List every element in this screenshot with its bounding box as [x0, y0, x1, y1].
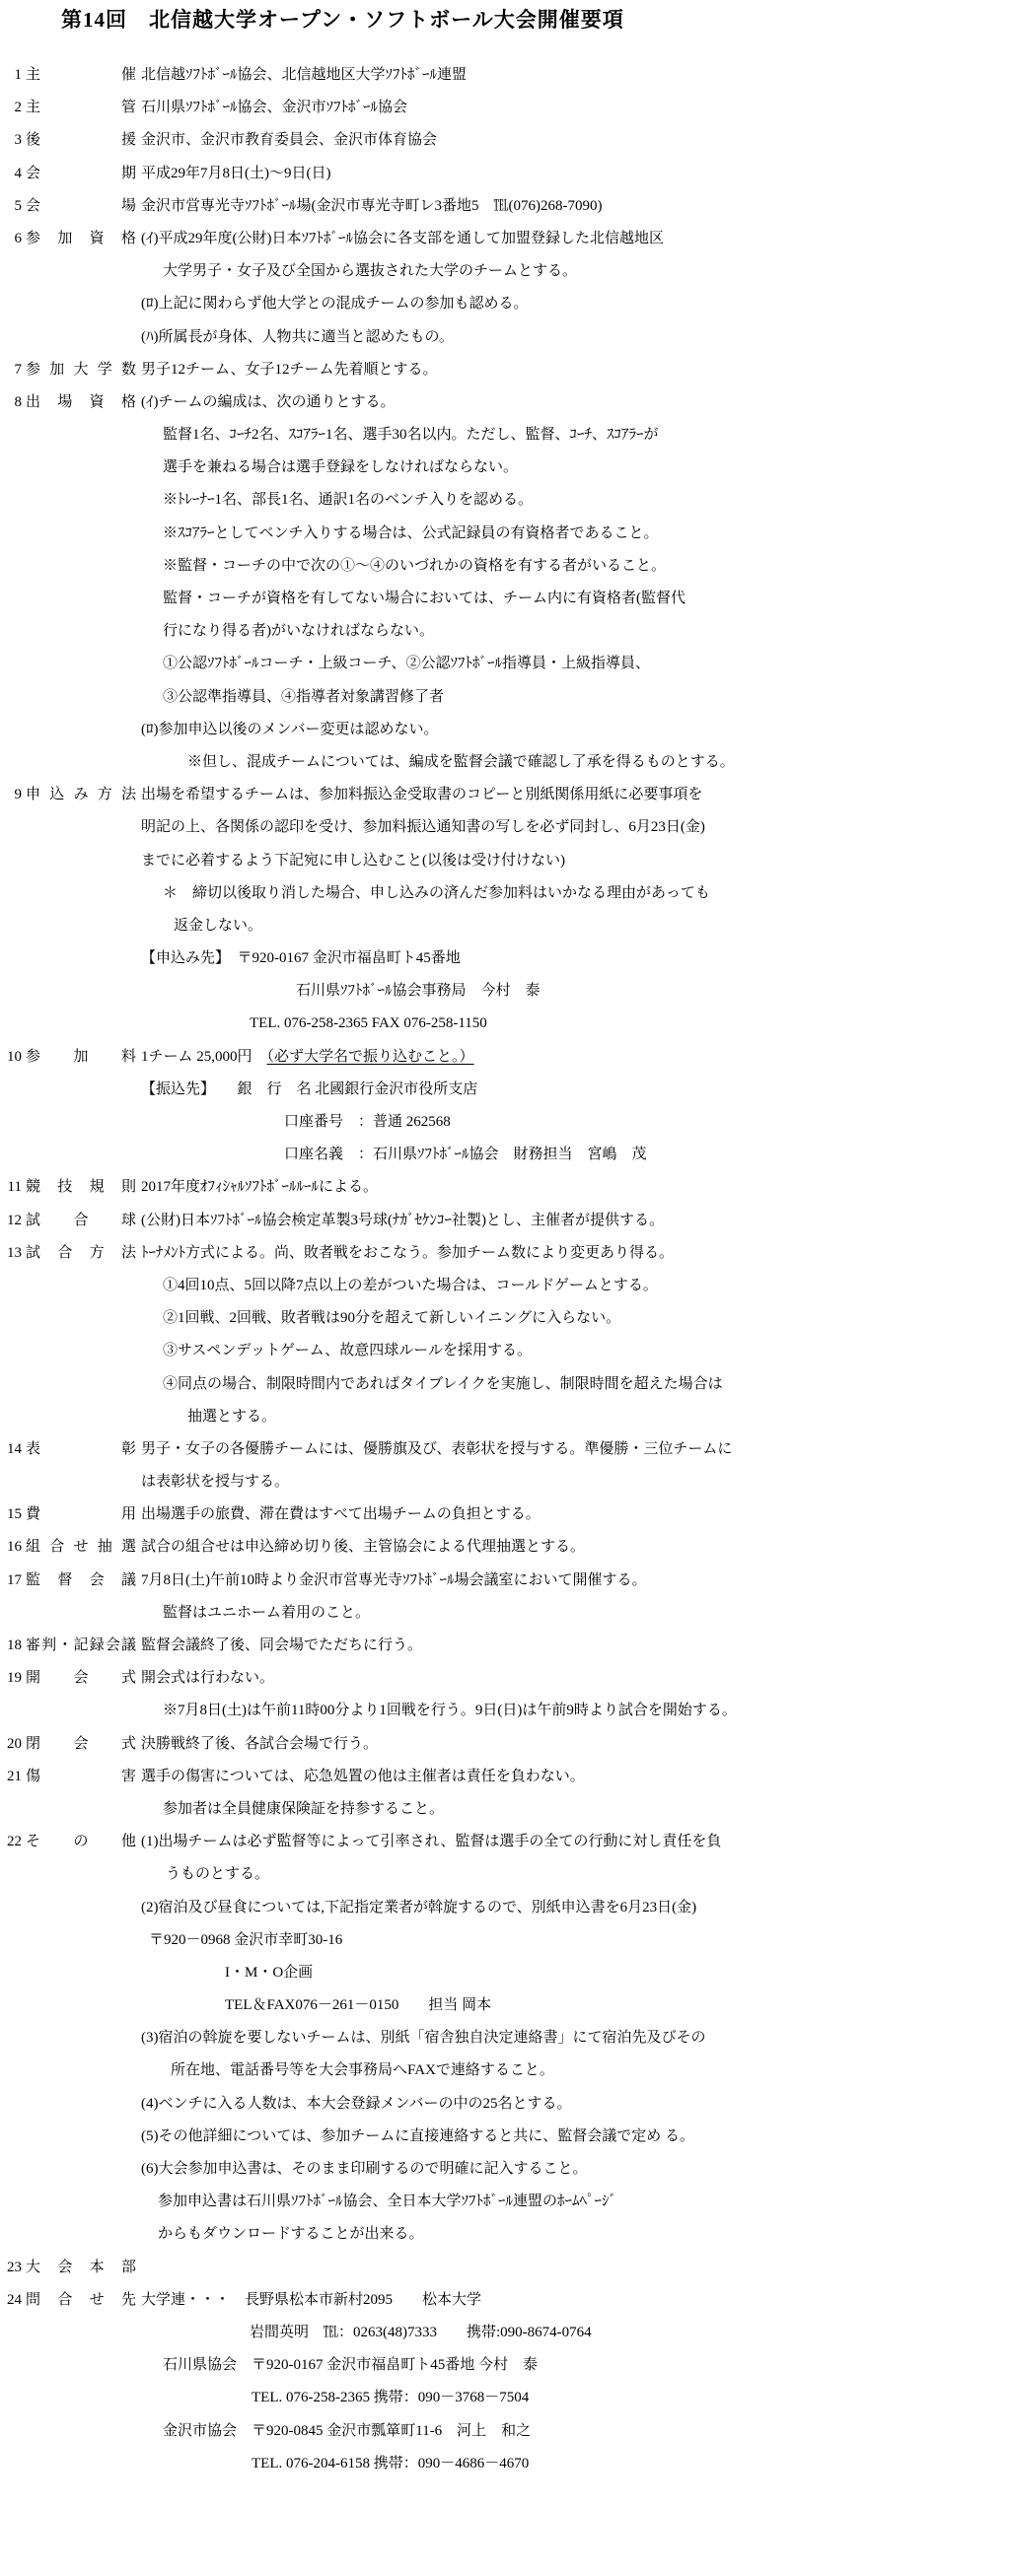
line-text-main: TEL. 076-258-2365 FAX 076-258-1150	[250, 1015, 487, 1031]
doc-line: ③サスペンデットゲーム、故意四球ルールを採用する。	[0, 1335, 1010, 1367]
line-text-main: 出場を希望するチームは、参加料振込金受取書のコピーと別紙関係用紙に必要事項を	[141, 787, 702, 802]
line-text-main: 口座名義 ：石川県ｿﾌﾄﾎﾞｰﾙ協会 財務担当 宮嶋 茂	[284, 1147, 647, 1162]
doc-line: 11競技規則2017年度ｵﾌｨｼｬﾙｿﾌﾄﾎﾞｰﾙﾙｰﾙによる。	[0, 1171, 1010, 1204]
line-text-main: 出場選手の旅費、滞在費はすべて出場チームの負担とする。	[141, 1506, 541, 1522]
doc-line: 23大会本部	[0, 2252, 1010, 2284]
doc-line: 金沢市協会 〒920-0845 金沢市瓢箪町11-6 河上 和之	[0, 2415, 1010, 2448]
line-text-main: 【申込み先】 〒920-0167 金沢市福畠町ト45番地	[141, 950, 461, 966]
doc-line: 6参加資格(ｲ)平成29年度(公財)日本ｿﾌﾄﾎﾞｰﾙ協会に各支部を通して加盟登…	[0, 223, 1010, 255]
item-number: 18	[0, 1630, 22, 1662]
line-text: 大学男子・女子及び全国から選抜された大学のチームとする。	[141, 255, 577, 288]
item-label: 主管	[26, 92, 136, 124]
line-text: 石川県ｿﾌﾄﾎﾞｰﾙ協会、金沢市ｿﾌﾄﾎﾞｰﾙ協会	[141, 92, 407, 124]
doc-line: 24問合せ先大学連・・・ 長野県松本市新村2095 松本大学	[0, 2284, 1010, 2317]
line-text-main: 金沢市営専光寺ｿﾌﾄﾎﾞｰﾙ場(金沢市専光寺町レ3番地5 ℡(076)268-7…	[141, 198, 602, 214]
line-text: 参加者は全員健康保険証を持参すること。	[141, 1793, 444, 1826]
item-label: 費用	[26, 1498, 136, 1531]
doc-line: ※7月8日(土)は午前11時00分より1回戦を行う。9日(日)は午前9時より試合…	[0, 1695, 1010, 1727]
item-label: 主催	[26, 59, 136, 92]
line-text: 出場選手の旅費、滞在費はすべて出場チームの負担とする。	[141, 1498, 541, 1531]
line-text-main: ※但し、混成チームについては、編成を監督会議で確認し了承を得るものとする。	[187, 754, 735, 770]
line-text: (1)出場チームは必ず監督等によって引率され、監督は選手の全ての行動に対し責任を…	[141, 1826, 721, 1858]
item-label: その他	[26, 1826, 136, 1858]
line-text: は表彰状を授与する。	[141, 1466, 289, 1498]
line-text: (ｲ)チームの編成は、次の通りとする。	[141, 386, 396, 419]
doc-line: ①4回10点、5回以降7点以上の差がついた場合は、コールドゲームとする。	[0, 1270, 1010, 1302]
item-number: 24	[0, 2284, 22, 2317]
line-text: 【振込先】 銀 行 名 北國銀行金沢市役所支店	[141, 1074, 477, 1106]
doc-line: ＊ 締切以後取り消した場合、申し込みの済んだ参加料はいかなる理由があっても	[0, 877, 1010, 910]
item-number: 20	[0, 1728, 22, 1761]
line-text: 所在地、電話番号等を大会事務局へFAXで連絡すること。	[141, 2054, 554, 2087]
line-text-main: 選手の傷害については、応急処置の他は主催者は責任を負わない。	[141, 1769, 585, 1784]
line-text: 〒920－0968 金沢市幸町30-16	[141, 1924, 342, 1957]
line-text: 1チーム 25,000円 （必ず大学名で振り込むこと。）	[141, 1041, 474, 1074]
item-label: 閉会式	[26, 1728, 136, 1761]
doc-line: 8出場資格(ｲ)チームの編成は、次の通りとする。	[0, 386, 1010, 419]
line-text-main: までに必着するよう下記宛に申し込むこと(以後は受け付けない)	[141, 853, 565, 869]
line-text: (5)その他詳細については、参加チームに直接連絡すると共に、監督会議で定め る。	[141, 2121, 694, 2153]
item-label: 大会本部	[26, 2252, 136, 2284]
line-text: 決勝戦終了後、各試合会場で行う。	[141, 1728, 378, 1761]
doc-line: 21傷害選手の傷害については、応急処置の他は主催者は責任を負わない。	[0, 1761, 1010, 1793]
item-number: 4	[0, 158, 22, 190]
item-number: 3	[0, 124, 22, 157]
line-text-main: 大学連・・・ 長野県松本市新村2095 松本大学	[141, 2292, 481, 2308]
doc-line: 14表彰男子・女子の各優勝チームには、優勝旗及び、表彰状を授与する。準優勝・三位…	[0, 1433, 1010, 1466]
line-text-main: 2017年度ｵﾌｨｼｬﾙｿﾌﾄﾎﾞｰﾙﾙｰﾙによる。	[141, 1179, 378, 1195]
doc-line: 16組合せ抽選試合の組合せは申込締め切り後、主管協会による代理抽選とする。	[0, 1531, 1010, 1564]
line-text-main: (ﾛ)上記に関わらず他大学との混成チームの参加も認める。	[141, 296, 529, 312]
line-text: 【申込み先】 〒920-0167 金沢市福畠町ト45番地	[141, 942, 461, 975]
document-body: 1主催北信越ｿﾌﾄﾎﾞｰﾙ協会、北信越地区大学ｿﾌﾄﾎﾞｰﾙ連盟2主管石川県ｿﾌ…	[0, 59, 1010, 2480]
line-text: TEL. 076-204-6158 携帯：090－4686－4670	[141, 2448, 529, 2480]
line-text: 監督1名、ｺｰﾁ2名、ｽｺｱﾗｰ1名、選手30名以内。ただし、監督、ｺｰﾁ、ｽｺ…	[141, 419, 659, 452]
item-label: 開会式	[26, 1662, 136, 1695]
line-text-main: 男子12チーム、女子12チーム先着順とする。	[141, 362, 437, 378]
item-number: 19	[0, 1662, 22, 1695]
line-text: 男子12チーム、女子12チーム先着順とする。	[141, 354, 437, 386]
page-title: 第14回 北信越大学オープン・ソフトボール大会開催要項	[61, 6, 1010, 34]
line-text: (公財)日本ｿﾌﾄﾎﾞｰﾙ協会検定革製3号球(ﾅｶﾞｾｹﾝｺｰ社製)とし、主催者…	[141, 1205, 664, 1237]
item-label: 参加資格	[26, 223, 136, 255]
line-text-main: TEL＆FAX076－261－0150 担当 岡本	[225, 1997, 491, 2013]
doc-line: 13試合方法ﾄｰﾅﾒﾝﾄ方式による。尚、敗者戦をおこなう。参加チーム数により変更…	[0, 1237, 1010, 1270]
item-label: 問合せ先	[26, 2284, 136, 2317]
line-text-main: ②1回戦、2回戦、敗者戦は90分を超えて新しいイニングに入らない。	[163, 1310, 620, 1326]
item-label: 競技規則	[26, 1171, 136, 1204]
line-text-main: 監督はユニホーム着用のこと。	[163, 1605, 370, 1621]
line-text: (3)宿泊の斡旋を要しないチームは、別紙「宿舎独自決定連絡書」にて宿泊先及びその	[141, 2022, 706, 2054]
doc-line: 1主催北信越ｿﾌﾄﾎﾞｰﾙ協会、北信越地区大学ｿﾌﾄﾎﾞｰﾙ連盟	[0, 59, 1010, 92]
line-text: 参加申込書は石川県ｿﾌﾄﾎﾞｰﾙ協会、全日本大学ｿﾌﾄﾎﾞｰﾙ連盟のﾎｰﾑﾍﾟｰ…	[141, 2186, 616, 2218]
line-text-main: ﾄｰﾅﾒﾝﾄ方式による。尚、敗者戦をおこなう。参加チーム数により変更あり得る。	[141, 1245, 674, 1261]
item-number: 1	[0, 59, 22, 92]
line-text: ﾄｰﾅﾒﾝﾄ方式による。尚、敗者戦をおこなう。参加チーム数により変更あり得る。	[141, 1237, 674, 1270]
underlined-note: （必ず大学名で振り込むこと。）	[267, 1049, 474, 1065]
item-number: 22	[0, 1826, 22, 1858]
line-text: 金沢市営専光寺ｿﾌﾄﾎﾞｰﾙ場(金沢市専光寺町レ3番地5 ℡(076)268-7…	[141, 190, 602, 223]
doc-line: (ﾛ)参加申込以後のメンバー変更は認めない。	[0, 714, 1010, 746]
line-text-main: (4)ベンチに入る人数は、本大会登録メンバーの中の25名とする。	[141, 2096, 571, 2112]
line-text: (ﾛ)参加申込以後のメンバー変更は認めない。	[141, 714, 438, 746]
doc-line: までに必着するよう下記宛に申し込むこと(以後は受け付けない)	[0, 845, 1010, 877]
line-text: ④同点の場合、制限時間内であればタイブレイクを実施し、制限時間を超えた場合は	[141, 1368, 723, 1401]
line-text: うものとする。	[141, 1858, 269, 1891]
line-text-main: ※ﾄﾚｰﾅｰ1名、部長1名、通訳1名のベンチ入りを認める。	[163, 492, 533, 508]
line-text-main: 試合の組合せは申込締め切り後、主管協会による代理抽選とする。	[141, 1539, 585, 1555]
line-text-main: うものとする。	[166, 1866, 269, 1882]
doc-line: 22その他(1)出場チームは必ず監督等によって引率され、監督は選手の全ての行動に…	[0, 1826, 1010, 1858]
line-text-main: ＊ 締切以後取り消した場合、申し込みの済んだ参加料はいかなる理由があっても	[163, 885, 710, 901]
item-number: 11	[0, 1171, 22, 1204]
line-text: 男子・女子の各優勝チームには、優勝旗及び、表彰状を授与する。準優勝・三位チームに	[141, 1433, 732, 1466]
line-text-main: ④同点の場合、制限時間内であればタイブレイクを実施し、制限時間を超えた場合は	[163, 1376, 723, 1392]
line-text: 試合の組合せは申込締め切り後、主管協会による代理抽選とする。	[141, 1531, 585, 1564]
doc-line: 10参加料1チーム 25,000円 （必ず大学名で振り込むこと。）	[0, 1041, 1010, 1074]
doc-line: 3後援金沢市、金沢市教育委員会、金沢市体育協会	[0, 124, 1010, 157]
line-text-main: TEL. 076-204-6158 携帯：090－4686－4670	[252, 2456, 529, 2472]
line-text: (6)大会参加申込書は、そのまま印刷するので明確に記入すること。	[141, 2153, 588, 2186]
line-text-main: 選手を兼ねる場合は選手登録をしなければならない。	[163, 459, 518, 475]
line-text: (ﾛ)上記に関わらず他大学との混成チームの参加も認める。	[141, 288, 529, 320]
doc-line: 行になり得る者)がいなければならない。	[0, 615, 1010, 648]
item-label: 参加大学数	[26, 354, 136, 386]
line-text: 監督・コーチが資格を有してない場合においては、チーム内に有資格者(監督代	[141, 583, 685, 615]
doc-line: 所在地、電話番号等を大会事務局へFAXで連絡すること。	[0, 2054, 1010, 2087]
doc-line: 19開会式開会式は行わない。	[0, 1662, 1010, 1695]
line-text-main: ※ｽｺｱﾗｰとしてベンチ入りする場合は、公式記録員の有資格者であること。	[163, 525, 659, 541]
line-text: ②1回戦、2回戦、敗者戦は90分を超えて新しいイニングに入らない。	[141, 1302, 620, 1335]
line-text-main: ※監督・コーチの中で次の①～④のいづれかの資格を有する者がいること。	[163, 558, 666, 574]
doc-line: 5会場金沢市営専光寺ｿﾌﾄﾎﾞｰﾙ場(金沢市専光寺町レ3番地5 ℡(076)26…	[0, 190, 1010, 223]
doc-line: (ﾊ)所属長が身体、人物共に適当と認めたもの。	[0, 321, 1010, 354]
item-label: 会場	[26, 190, 136, 223]
item-number: 2	[0, 92, 22, 124]
line-text: 抽選とする。	[141, 1401, 276, 1433]
line-text-main: 抽選とする。	[187, 1409, 276, 1425]
line-text-main: 石川県ｿﾌﾄﾎﾞｰﾙ協会事務局 今村 泰	[296, 983, 541, 999]
line-text-main: 石川県ｿﾌﾄﾎﾞｰﾙ協会、金沢市ｿﾌﾄﾎﾞｰﾙ協会	[141, 100, 407, 115]
doc-line: 返金しない。	[0, 910, 1010, 942]
item-label: 試合球	[26, 1205, 136, 1237]
line-text-main: 行になり得る者)がいなければならない。	[163, 623, 434, 639]
doc-line: (ﾛ)上記に関わらず他大学との混成チームの参加も認める。	[0, 288, 1010, 320]
line-text-main: 開会式は行わない。	[141, 1670, 274, 1686]
doc-line: 口座名義 ：石川県ｿﾌﾄﾎﾞｰﾙ協会 財務担当 宮嶋 茂	[0, 1139, 1010, 1171]
line-text-main: ③サスペンデットゲーム、故意四球ルールを採用する。	[163, 1343, 532, 1358]
item-number: 15	[0, 1498, 22, 1531]
line-text: TEL＆FAX076－261－0150 担当 岡本	[141, 1989, 491, 2022]
doc-line: ※ｽｺｱﾗｰとしてベンチ入りする場合は、公式記録員の有資格者であること。	[0, 518, 1010, 550]
doc-line: 【申込み先】 〒920-0167 金沢市福畠町ト45番地	[0, 942, 1010, 975]
item-label: 参加料	[26, 1041, 136, 1074]
line-text: 出場を希望するチームは、参加料振込金受取書のコピーと別紙関係用紙に必要事項を	[141, 779, 702, 811]
line-text-main: からもダウンロードすることが出来る。	[158, 2226, 424, 2242]
item-label: 審判・記録会議	[26, 1630, 136, 1662]
item-number: 5	[0, 190, 22, 223]
line-text-main: 【振込先】 銀 行 名 北國銀行金沢市役所支店	[141, 1081, 477, 1097]
line-text: 7月8日(土)午前10時より金沢市営専光寺ｿﾌﾄﾎﾞｰﾙ場会議室において開催する…	[141, 1565, 647, 1597]
doc-line: (4)ベンチに入る人数は、本大会登録メンバーの中の25名とする。	[0, 2088, 1010, 2121]
line-text: (2)宿泊及び昼食については,下記指定業者が斡旋するので、別紙申込書を6月23日…	[141, 1892, 696, 1924]
doc-line: 17監督会議7月8日(土)午前10時より金沢市営専光寺ｿﾌﾄﾎﾞｰﾙ場会議室にお…	[0, 1565, 1010, 1597]
line-text: 口座名義 ：石川県ｿﾌﾄﾎﾞｰﾙ協会 財務担当 宮嶋 茂	[141, 1139, 647, 1171]
line-text-main: 〒920－0968 金沢市幸町30-16	[149, 1932, 342, 1948]
item-label: 組合せ抽選	[26, 1531, 136, 1564]
doc-line: (2)宿泊及び昼食については,下記指定業者が斡旋するので、別紙申込書を6月23日…	[0, 1892, 1010, 1924]
line-text-main: (3)宿泊の斡旋を要しないチームは、別紙「宿舎独自決定連絡書」にて宿泊先及びその	[141, 2030, 706, 2046]
line-text: 金沢市、金沢市教育委員会、金沢市体育協会	[141, 124, 437, 157]
doc-line: 選手を兼ねる場合は選手登録をしなければならない。	[0, 452, 1010, 484]
line-text: 監督会議終了後、同会場でただちに行う。	[141, 1630, 422, 1662]
line-text-main: I・M・O企画	[225, 1965, 313, 1981]
line-text-main: ※7月8日(土)は午前11時00分より1回戦を行う。9日(日)は午前9時より試合…	[163, 1703, 737, 1718]
line-text-main: 返金しない。	[174, 918, 262, 934]
line-text: ※7月8日(土)は午前11時00分より1回戦を行う。9日(日)は午前9時より試合…	[141, 1695, 737, 1727]
doc-line: 抽選とする。	[0, 1401, 1010, 1433]
line-text-main: (6)大会参加申込書は、そのまま印刷するので明確に記入すること。	[141, 2161, 588, 2177]
line-text: 石川県ｿﾌﾄﾎﾞｰﾙ協会事務局 今村 泰	[141, 975, 541, 1008]
line-text-main: (5)その他詳細については、参加チームに直接連絡すると共に、監督会議で定め る。	[141, 2128, 694, 2144]
doc-line: 7参加大学数男子12チーム、女子12チーム先着順とする。	[0, 354, 1010, 386]
item-label: 表彰	[26, 1433, 136, 1466]
line-text-main: ③公認準指導員、④指導者対象講習修了者	[163, 689, 444, 705]
line-text: 開会式は行わない。	[141, 1662, 274, 1695]
doc-line: 15費用出場選手の旅費、滞在費はすべて出場チームの負担とする。	[0, 1498, 1010, 1531]
doc-line: TEL. 076-258-2365 携帯：090－3768－7504	[0, 2382, 1010, 2414]
line-text-main: (ｲ)平成29年度(公財)日本ｿﾌﾄﾎﾞｰﾙ協会に各支部を通して加盟登録した北信…	[141, 231, 664, 246]
item-number: 9	[0, 779, 22, 811]
line-text: 平成29年7月8日(土)～9日(日)	[141, 158, 330, 190]
doc-line: ①公認ｿﾌﾄﾎﾞｰﾙコーチ・上級コーチ、②公認ｿﾌﾄﾎﾞｰﾙ指導員・上級指導員、	[0, 648, 1010, 680]
line-text: ※但し、混成チームについては、編成を監督会議で確認し了承を得るものとする。	[141, 746, 735, 779]
doc-line: 石川県ｿﾌﾄﾎﾞｰﾙ協会事務局 今村 泰	[0, 975, 1010, 1008]
item-number: 16	[0, 1531, 22, 1564]
doc-line: I・M・O企画	[0, 1957, 1010, 1989]
line-text: 明記の上、各関係の認印を受け、参加料振込通知書の写しを必ず同封し、6月23日(金…	[141, 811, 705, 844]
item-label: 試合方法	[26, 1237, 136, 1270]
line-text-main: (ﾛ)参加申込以後のメンバー変更は認めない。	[141, 722, 438, 737]
item-number: 12	[0, 1205, 22, 1237]
line-text-main: 平成29年7月8日(土)～9日(日)	[141, 166, 330, 181]
line-text-main: TEL. 076-258-2365 携帯：090－3768－7504	[252, 2390, 529, 2405]
line-text: (4)ベンチに入る人数は、本大会登録メンバーの中の25名とする。	[141, 2088, 571, 2121]
doc-line: は表彰状を授与する。	[0, 1466, 1010, 1498]
line-text-main: (公財)日本ｿﾌﾄﾎﾞｰﾙ協会検定革製3号球(ﾅｶﾞｾｹﾝｺｰ社製)とし、主催者…	[141, 1213, 664, 1228]
doc-line: 【振込先】 銀 行 名 北國銀行金沢市役所支店	[0, 1074, 1010, 1106]
line-text: 大学連・・・ 長野県松本市新村2095 松本大学	[141, 2284, 481, 2317]
line-text: TEL. 076-258-2365 FAX 076-258-1150	[141, 1008, 487, 1040]
line-text: 選手の傷害については、応急処置の他は主催者は責任を負わない。	[141, 1761, 585, 1793]
line-text: ③サスペンデットゲーム、故意四球ルールを採用する。	[141, 1335, 532, 1367]
line-text: I・M・O企画	[141, 1957, 313, 1989]
line-text-main: 決勝戦終了後、各試合会場で行う。	[141, 1736, 378, 1752]
line-text-main: (ｲ)チームの編成は、次の通りとする。	[141, 394, 396, 410]
line-text-main: 1チーム 25,000円	[141, 1049, 267, 1065]
line-text: 口座番号 ：普通 262568	[141, 1106, 451, 1139]
line-text: 金沢市協会 〒920-0845 金沢市瓢箪町11-6 河上 和之	[141, 2415, 531, 2448]
item-label: 申込み方法	[26, 779, 136, 811]
line-text-main: 岩間英明 ℡：0263(48)7333 携帯:090-8674-0764	[250, 2325, 592, 2340]
line-text-main: (ﾊ)所属長が身体、人物共に適当と認めたもの。	[141, 329, 454, 345]
line-text-main: 石川県協会 〒920-0167 金沢市福畠町ト45番地 今村 泰	[163, 2357, 538, 2373]
doc-line: 18審判・記録会議監督会議終了後、同会場でただちに行う。	[0, 1630, 1010, 1662]
item-number: 13	[0, 1237, 22, 1270]
line-text: ①公認ｿﾌﾄﾎﾞｰﾙコーチ・上級コーチ、②公認ｿﾌﾄﾎﾞｰﾙ指導員・上級指導員、	[141, 648, 650, 680]
item-label: 会期	[26, 158, 136, 190]
doc-line: 20閉会式決勝戦終了後、各試合会場で行う。	[0, 1728, 1010, 1761]
doc-line: ※ﾄﾚｰﾅｰ1名、部長1名、通訳1名のベンチ入りを認める。	[0, 484, 1010, 517]
line-text-main: 参加者は全員健康保険証を持参すること。	[163, 1801, 444, 1817]
line-text-main: 参加申込書は石川県ｿﾌﾄﾎﾞｰﾙ協会、全日本大学ｿﾌﾄﾎﾞｰﾙ連盟のﾎｰﾑﾍﾟｰ…	[158, 2193, 616, 2209]
line-text: 返金しない。	[141, 910, 262, 942]
line-text: 北信越ｿﾌﾄﾎﾞｰﾙ協会、北信越地区大学ｿﾌﾄﾎﾞｰﾙ連盟	[141, 59, 467, 92]
line-text: 監督はユニホーム着用のこと。	[141, 1597, 370, 1630]
line-text: ＊ 締切以後取り消した場合、申し込みの済んだ参加料はいかなる理由があっても	[141, 877, 710, 910]
doc-line: 石川県協会 〒920-0167 金沢市福畠町ト45番地 今村 泰	[0, 2349, 1010, 2382]
line-text-main: 所在地、電話番号等を大会事務局へFAXで連絡すること。	[171, 2062, 554, 2078]
line-text: 行になり得る者)がいなければならない。	[141, 615, 434, 648]
line-text: (ﾊ)所属長が身体、人物共に適当と認めたもの。	[141, 321, 454, 354]
doc-line: 9申込み方法出場を希望するチームは、参加料振込金受取書のコピーと別紙関係用紙に必…	[0, 779, 1010, 811]
doc-line: ④同点の場合、制限時間内であればタイブレイクを実施し、制限時間を超えた場合は	[0, 1368, 1010, 1401]
line-text: からもダウンロードすることが出来る。	[141, 2218, 424, 2251]
line-text: (ｲ)平成29年度(公財)日本ｿﾌﾄﾎﾞｰﾙ協会に各支部を通して加盟登録した北信…	[141, 223, 664, 255]
line-text: 石川県協会 〒920-0167 金沢市福畠町ト45番地 今村 泰	[141, 2349, 538, 2382]
line-text-main: 金沢市協会 〒920-0845 金沢市瓢箪町11-6 河上 和之	[163, 2423, 531, 2439]
line-text-main: 北信越ｿﾌﾄﾎﾞｰﾙ協会、北信越地区大学ｿﾌﾄﾎﾞｰﾙ連盟	[141, 67, 467, 83]
doc-line: 参加申込書は石川県ｿﾌﾄﾎﾞｰﾙ協会、全日本大学ｿﾌﾄﾎﾞｰﾙ連盟のﾎｰﾑﾍﾟｰ…	[0, 2186, 1010, 2218]
line-text-main: 男子・女子の各優勝チームには、優勝旗及び、表彰状を授与する。準優勝・三位チームに	[141, 1441, 732, 1457]
item-number: 17	[0, 1565, 22, 1597]
line-text-main: ①4回10点、5回以降7点以上の差がついた場合は、コールドゲームとする。	[163, 1278, 658, 1293]
doc-line: (3)宿泊の斡旋を要しないチームは、別紙「宿舎独自決定連絡書」にて宿泊先及びその	[0, 2022, 1010, 2054]
item-number: 23	[0, 2252, 22, 2284]
line-text-main: は表彰状を授与する。	[141, 1474, 289, 1490]
doc-line: TEL. 076-258-2365 FAX 076-258-1150	[0, 1008, 1010, 1040]
doc-line: 4会期平成29年7月8日(土)～9日(日)	[0, 158, 1010, 190]
doc-line: 〒920－0968 金沢市幸町30-16	[0, 1924, 1010, 1957]
doc-line: 口座番号 ：普通 262568	[0, 1106, 1010, 1139]
line-text-main: 監督会議終了後、同会場でただちに行う。	[141, 1637, 422, 1653]
doc-line: 監督はユニホーム着用のこと。	[0, 1597, 1010, 1630]
doc-line: 監督1名、ｺｰﾁ2名、ｽｺｱﾗｰ1名、選手30名以内。ただし、監督、ｺｰﾁ、ｽｺ…	[0, 419, 1010, 452]
item-number: 10	[0, 1041, 22, 1074]
line-text-main: (1)出場チームは必ず監督等によって引率され、監督は選手の全ての行動に対し責任を…	[141, 1834, 721, 1849]
item-label: 出場資格	[26, 386, 136, 419]
doc-line: 2主管石川県ｿﾌﾄﾎﾞｰﾙ協会、金沢市ｿﾌﾄﾎﾞｰﾙ協会	[0, 92, 1010, 124]
line-text-main: (2)宿泊及び昼食については,下記指定業者が斡旋するので、別紙申込書を6月23日…	[141, 1900, 696, 1915]
doc-line: TEL＆FAX076－261－0150 担当 岡本	[0, 1989, 1010, 2022]
item-label: 監督会議	[26, 1565, 136, 1597]
doc-line: 参加者は全員健康保険証を持参すること。	[0, 1793, 1010, 1826]
doc-line: ※監督・コーチの中で次の①～④のいづれかの資格を有する者がいること。	[0, 550, 1010, 583]
doc-line: 12試合球(公財)日本ｿﾌﾄﾎﾞｰﾙ協会検定革製3号球(ﾅｶﾞｾｹﾝｺｰ社製)と…	[0, 1205, 1010, 1237]
line-text: 岩間英明 ℡：0263(48)7333 携帯:090-8674-0764	[141, 2317, 592, 2349]
doc-line: ※但し、混成チームについては、編成を監督会議で確認し了承を得るものとする。	[0, 746, 1010, 779]
item-number: 14	[0, 1433, 22, 1466]
line-text-main: 口座番号 ：普通 262568	[284, 1114, 451, 1130]
doc-line: 監督・コーチが資格を有してない場合においては、チーム内に有資格者(監督代	[0, 583, 1010, 615]
line-text-main: 明記の上、各関係の認印を受け、参加料振込通知書の写しを必ず同封し、6月23日(金…	[141, 819, 705, 835]
line-text: ※ﾄﾚｰﾅｰ1名、部長1名、通訳1名のベンチ入りを認める。	[141, 484, 533, 517]
item-label: 後援	[26, 124, 136, 157]
line-text-main: ①公認ｿﾌﾄﾎﾞｰﾙコーチ・上級コーチ、②公認ｿﾌﾄﾎﾞｰﾙ指導員・上級指導員、	[163, 656, 650, 671]
line-text: 2017年度ｵﾌｨｼｬﾙｿﾌﾄﾎﾞｰﾙﾙｰﾙによる。	[141, 1171, 378, 1204]
item-number: 21	[0, 1761, 22, 1793]
line-text-main: 大学男子・女子及び全国から選抜された大学のチームとする。	[163, 263, 577, 279]
line-text-main: 監督・コーチが資格を有してない場合においては、チーム内に有資格者(監督代	[163, 591, 685, 606]
line-text: までに必着するよう下記宛に申し込むこと(以後は受け付けない)	[141, 845, 565, 877]
line-text: ①4回10点、5回以降7点以上の差がついた場合は、コールドゲームとする。	[141, 1270, 658, 1302]
doc-line: 明記の上、各関係の認印を受け、参加料振込通知書の写しを必ず同封し、6月23日(金…	[0, 811, 1010, 844]
doc-line: 岩間英明 ℡：0263(48)7333 携帯:090-8674-0764	[0, 2317, 1010, 2349]
item-number: 8	[0, 386, 22, 419]
line-text: ③公認準指導員、④指導者対象講習修了者	[141, 681, 444, 714]
document-page: 第14回 北信越大学オープン・ソフトボール大会開催要項 1主催北信越ｿﾌﾄﾎﾞｰ…	[0, 0, 1010, 2576]
doc-line: (6)大会参加申込書は、そのまま印刷するので明確に記入すること。	[0, 2153, 1010, 2186]
line-text-main: 監督1名、ｺｰﾁ2名、ｽｺｱﾗｰ1名、選手30名以内。ただし、監督、ｺｰﾁ、ｽｺ…	[163, 427, 659, 443]
line-text-main: 金沢市、金沢市教育委員会、金沢市体育協会	[141, 132, 437, 148]
line-text: ※監督・コーチの中で次の①～④のいづれかの資格を有する者がいること。	[141, 550, 666, 583]
line-text: 選手を兼ねる場合は選手登録をしなければならない。	[141, 452, 518, 484]
doc-line: ③公認準指導員、④指導者対象講習修了者	[0, 681, 1010, 714]
doc-line: うものとする。	[0, 1858, 1010, 1891]
item-label: 傷害	[26, 1761, 136, 1793]
doc-line: 大学男子・女子及び全国から選抜された大学のチームとする。	[0, 255, 1010, 288]
item-number: 7	[0, 354, 22, 386]
doc-line: からもダウンロードすることが出来る。	[0, 2218, 1010, 2251]
doc-line: ②1回戦、2回戦、敗者戦は90分を超えて新しいイニングに入らない。	[0, 1302, 1010, 1335]
item-number: 6	[0, 223, 22, 255]
line-text: ※ｽｺｱﾗｰとしてベンチ入りする場合は、公式記録員の有資格者であること。	[141, 518, 659, 550]
doc-line: TEL. 076-204-6158 携帯：090－4686－4670	[0, 2448, 1010, 2480]
line-text-main: 7月8日(土)午前10時より金沢市営専光寺ｿﾌﾄﾎﾞｰﾙ場会議室において開催する…	[141, 1572, 647, 1588]
doc-line: (5)その他詳細については、参加チームに直接連絡すると共に、監督会議で定め る。	[0, 2121, 1010, 2153]
line-text: TEL. 076-258-2365 携帯：090－3768－7504	[141, 2382, 529, 2414]
